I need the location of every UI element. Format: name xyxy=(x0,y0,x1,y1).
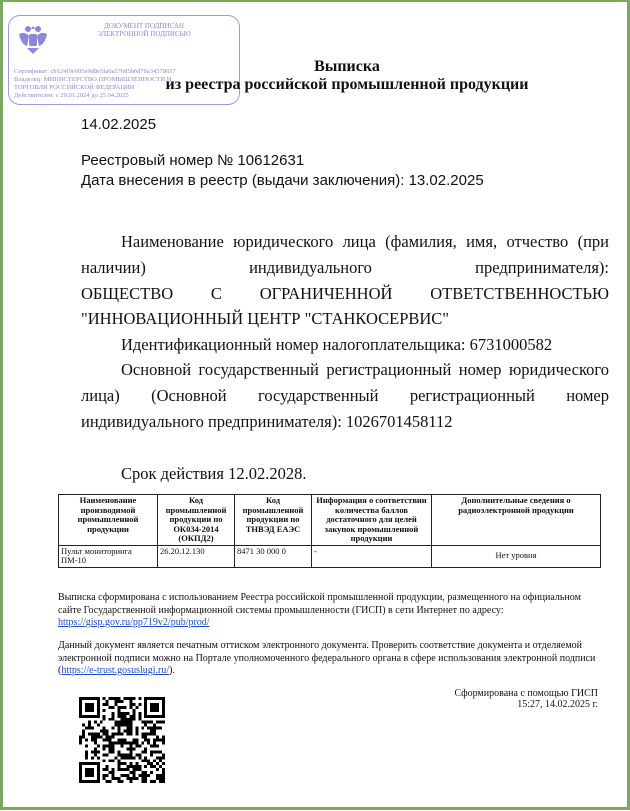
entity-name-line1: ОБЩЕСТВО С ОГРАНИЧЕННОЙ ОТВЕТСТВЕННОСТЬЮ xyxy=(81,281,609,307)
generated-at: 15:27, 14.02.2025 г. xyxy=(454,699,598,710)
col-header-okpd2: Код промышленной продукции по ОК034-2014… xyxy=(158,495,235,546)
inn: Идентификационный номер налогоплательщик… xyxy=(81,332,609,358)
document-date: 14.02.2025 xyxy=(81,116,156,133)
qr-code-icon xyxy=(78,697,166,783)
table-row: Пульт мониторинга ПМ-10 26.20.12.130 847… xyxy=(59,545,601,567)
col-header-points: Информация о соответствии количества бал… xyxy=(312,495,432,546)
entity-label: Наименование юридического лица (фамилия,… xyxy=(81,229,609,281)
generated-info: Сформирована с помощью ГИСП 15:27, 14.02… xyxy=(454,688,598,710)
col-header-radio: Дополнительные сведения о радиоэлектронн… xyxy=(432,495,601,546)
registry-number: Реестровый номер № 10612631 xyxy=(81,152,304,169)
coat-of-arms-icon xyxy=(15,22,51,58)
document-subtitle: из реестра российской промышленной проду… xyxy=(32,76,630,94)
ogrn: Основной государственный регистрационный… xyxy=(81,357,609,435)
etrust-link[interactable]: https://e-trust.gosuslugi.ru/ xyxy=(61,665,169,676)
document-title: Выписка xyxy=(32,58,630,76)
validity: Срок действия 12.02.2028. xyxy=(81,461,609,487)
col-header-name: Наименование производимой промышленной п… xyxy=(59,495,158,546)
gisp-link[interactable]: https://gisp.gov.ru/pp719v2/pub/prod/ xyxy=(58,617,210,628)
entity-name-line2: "ИННОВАЦИОННЫЙ ЦЕНТР "СТАНКОСЕРВИС" xyxy=(81,306,609,332)
col-header-tnved: Код промышленной продукции по ТНВЭД ЕАЭС xyxy=(235,495,312,546)
products-table: Наименование производимой промышленной п… xyxy=(58,494,601,568)
note-etrust: Данный документ является печатным оттиск… xyxy=(58,640,603,678)
stamp-header: ДОКУМЕНТ ПОДПИСАН ЭЛЕКТРОННОЙ ПОДПИСЬЮ xyxy=(69,22,219,38)
registry-date: Дата внесения в реестр (выдачи заключени… xyxy=(81,172,484,189)
note-gisp: Выписка сформирована с использованием Ре… xyxy=(58,592,603,630)
table-header-row: Наименование производимой промышленной п… xyxy=(59,495,601,546)
generated-by: Сформирована с помощью ГИСП xyxy=(454,688,598,699)
